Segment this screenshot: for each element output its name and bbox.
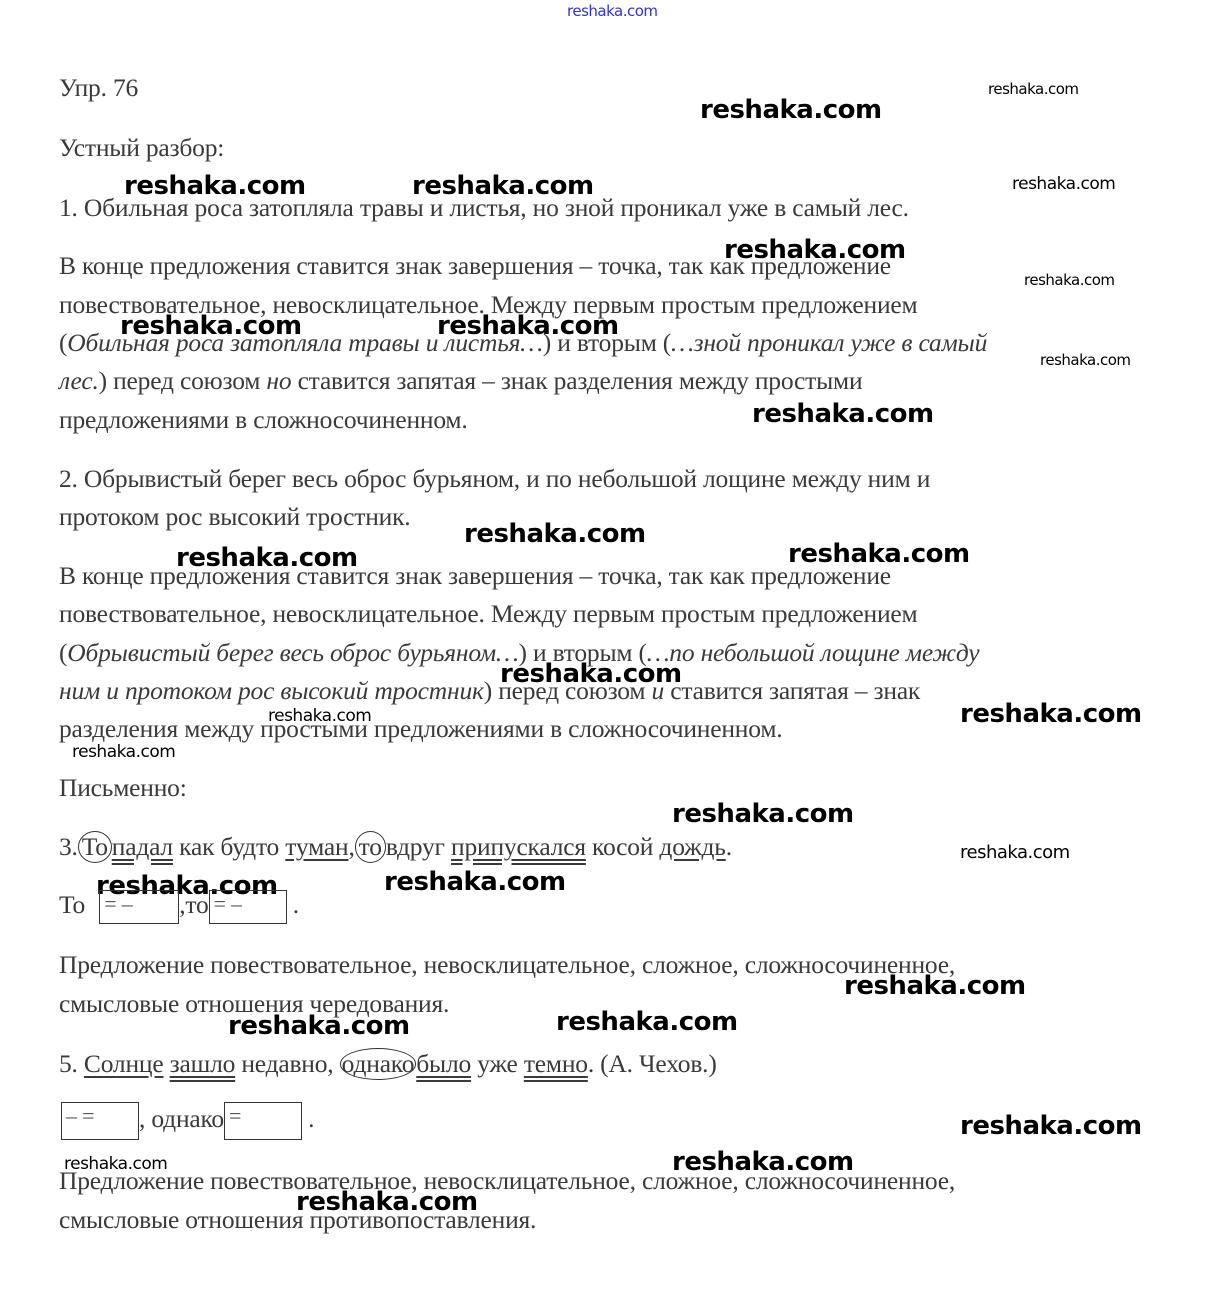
item1-explanation-line: В конце предложения ставится знак заверш… <box>59 251 891 281</box>
watermark: reshaka.com <box>960 842 1070 863</box>
item1-explanation-line: (Обильная роса затопляла травы и листья…… <box>59 328 987 358</box>
item1-sentence: 1. Обильная роса затопляла травы и листь… <box>59 193 909 223</box>
item5-scheme: – =, однако= . <box>61 1102 314 1140</box>
watermark: reshaka.com <box>988 80 1079 98</box>
scheme-box: = <box>224 1102 302 1140</box>
watermark: reshaka.com <box>1040 351 1131 369</box>
item3-description-line: Предложение повествовательное, невосклиц… <box>59 950 955 980</box>
item1-explanation-line: повествовательное, невосклицательное. Ме… <box>59 290 917 320</box>
watermark: reshaka.com <box>960 699 1142 729</box>
item2-explanation-line: (Обрывистый берег весь оброс бурьяном…) … <box>59 638 979 668</box>
item2-explanation-line: повествовательное, невосклицательное. Ме… <box>59 599 917 629</box>
watermark: reshaka.com <box>1012 174 1115 194</box>
item5-description-line: Предложение повествовательное, невосклиц… <box>59 1166 955 1196</box>
watermark: reshaka.com <box>72 742 175 762</box>
oral-heading: Устный разбор: <box>59 133 224 163</box>
predicate: припускался <box>451 832 586 861</box>
item2-explanation-line: разделения между простыми предложениями … <box>59 714 782 744</box>
exercise-title: Упр. 76 <box>59 73 138 103</box>
scheme-box: = – <box>99 890 179 924</box>
predicate: было <box>416 1049 471 1078</box>
scheme-box: = – <box>209 890 287 924</box>
subject: туман <box>285 832 348 861</box>
watermark: reshaka.com <box>464 519 646 549</box>
scheme-box: – = <box>61 1102 139 1140</box>
watermark: reshaka.com <box>752 399 934 429</box>
written-heading: Письменно: <box>59 773 187 803</box>
item1-explanation-line: предложениями в сложносочиненном. <box>59 405 468 435</box>
subject: дождь <box>659 832 725 861</box>
item1-explanation-line: лес.) перед союзом но ставится запятая –… <box>59 366 862 396</box>
circled-conjunction: То <box>78 831 112 863</box>
watermark: reshaka.com <box>700 95 882 125</box>
predicate: зашло <box>170 1049 236 1078</box>
watermark: reshaka.com <box>960 1111 1142 1141</box>
item2-explanation-line: ним и протоком рос высокий тростник) пер… <box>59 676 920 706</box>
item3-sentence: 3.Топадал как будто туман,товдруг припус… <box>59 831 732 863</box>
item3-description-line: смысловые отношения чередования. <box>59 989 449 1019</box>
watermark[interactable]: reshaka.com <box>567 2 658 20</box>
circled-conjunction: то <box>355 831 386 863</box>
item3-scheme: То = –,то= – . <box>59 890 299 924</box>
item2-explanation-line: В конце предложения ставится знак заверш… <box>59 561 891 591</box>
watermark: reshaka.com <box>1024 271 1115 289</box>
predicate: падал <box>112 832 173 861</box>
subject: Солнце <box>84 1049 164 1078</box>
item5-sentence: 5. Солнце зашло недавно, однакобыло уже … <box>59 1048 717 1080</box>
item2-sentence-line: протоком рос высокий тростник. <box>59 502 410 532</box>
watermark: reshaka.com <box>384 867 566 897</box>
watermark: reshaka.com <box>556 1007 738 1037</box>
predicate: темно <box>524 1049 588 1078</box>
circled-conjunction: однако <box>340 1048 417 1080</box>
watermark: reshaka.com <box>672 799 854 829</box>
item5-description-line: смысловые отношения противопоставления. <box>59 1205 536 1235</box>
item2-sentence-line: 2. Обрывистый берег весь оброс бурьяном,… <box>59 464 930 494</box>
